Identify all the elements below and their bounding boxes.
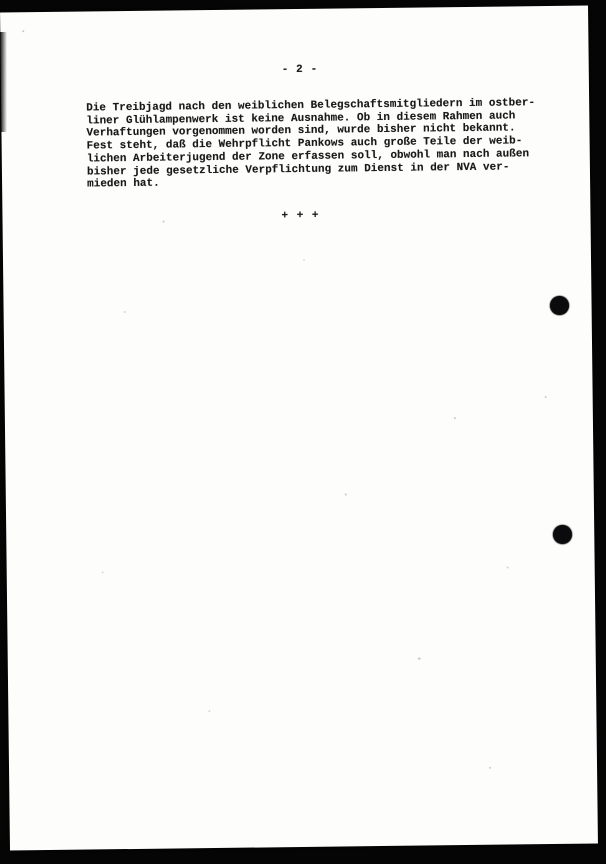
scan-noise-speck — [255, 103, 257, 105]
scan-noise-speck — [102, 571, 104, 573]
scan-edge-smudge — [0, 32, 7, 132]
scan-noise-speck — [454, 417, 456, 419]
scan-noise-speck — [22, 30, 24, 32]
scan-noise-speck — [303, 259, 305, 261]
punch-hole-dot-top — [550, 296, 569, 315]
scan-noise-speck — [507, 567, 509, 569]
scan-noise-speck — [208, 710, 210, 712]
scan-noise-speck — [163, 221, 165, 223]
scan-noise-speck — [545, 396, 547, 398]
scan-noise-speck — [345, 493, 347, 495]
scan-noise-speck — [489, 767, 491, 769]
page-number: - 2 - — [282, 64, 318, 77]
document-page: - 2 - Die Treibjagd nach den weiblichen … — [0, 6, 598, 851]
punch-hole-dot-bottom — [553, 525, 572, 544]
end-of-section-marker: + + + — [281, 210, 319, 223]
scan-noise-speck — [124, 311, 126, 313]
scan-background: - 2 - Die Treibjagd nach den weiblichen … — [0, 0, 606, 864]
document-paragraph: Die Treibjagd nach den weiblichen Belegs… — [86, 97, 536, 191]
scan-noise-speck — [418, 658, 421, 660]
